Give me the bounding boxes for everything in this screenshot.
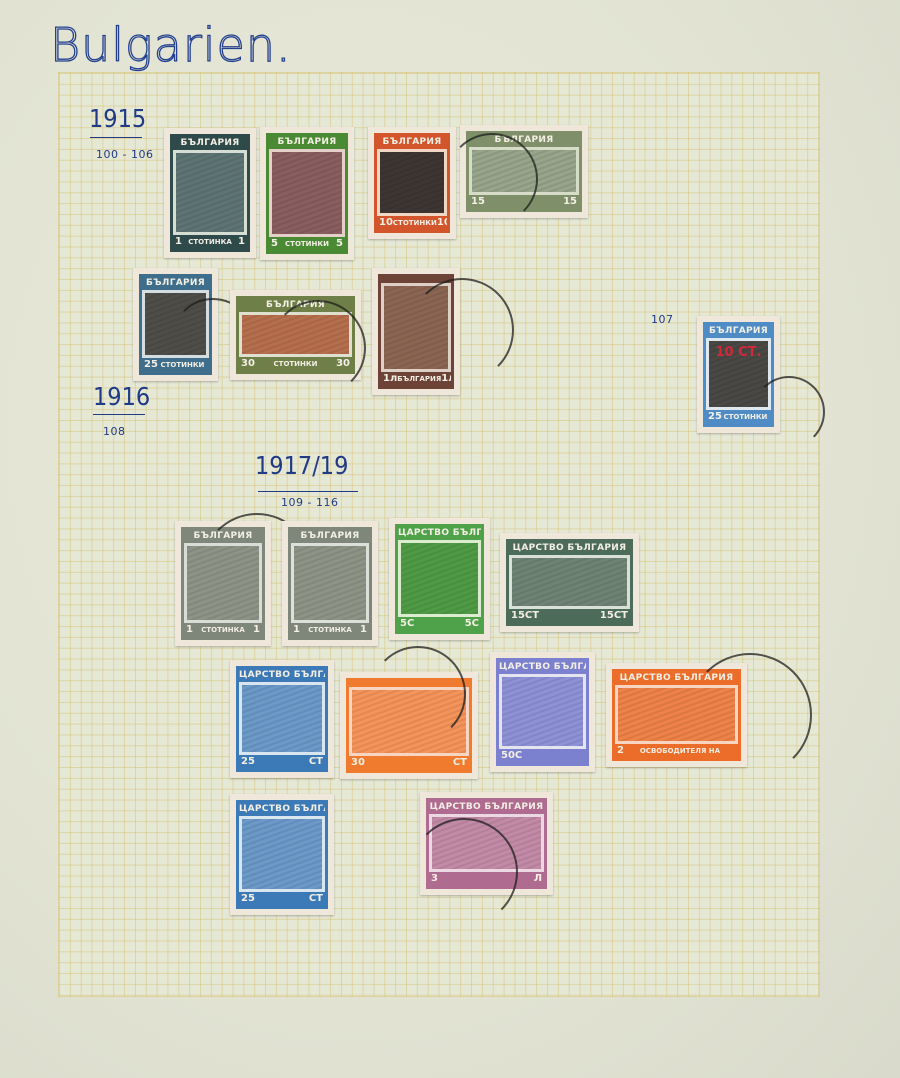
- stamp-design: БЪЛГАРИЯ25СТОТИНКИ: [139, 274, 212, 375]
- stamp-denomination: 30: [351, 756, 365, 770]
- stamp-design: 1лБЪЛГАРИЯ1л: [378, 274, 454, 389]
- stamp-value-bar: 1СТОТИНКА1: [184, 623, 262, 637]
- stamp-value-bar: 30СТОТИНКИ30: [239, 357, 352, 371]
- stamp-design: БЪЛГАРИЯ30СТОТИНКИ30: [236, 296, 355, 374]
- stamp-value-bar: 25СТ: [239, 755, 325, 769]
- stamp-design: ЦАРСТВО БЪЛГАРИЯ2ОСВОБОДИТЕЛЯ НА: [612, 669, 741, 761]
- stamp-denomination: 15: [471, 195, 485, 209]
- stamp-denomination: 15СТ: [600, 609, 628, 623]
- stamp-denomination: 15СТ: [511, 609, 539, 623]
- stamp-design: ЦАРСТВО БЪЛГАРИЯ50С: [496, 658, 589, 766]
- stamp-currency-label: СТОТИНКИ: [393, 216, 437, 230]
- stamp: БЪЛГАРИЯ25СТОТИНКИ10 СТ.: [697, 316, 780, 433]
- stamp-currency-label: СТОТИНКА: [308, 623, 352, 637]
- stamp-country-label: БЪЛГАРИЯ: [173, 137, 247, 150]
- stamp-denomination: СТ: [309, 892, 323, 906]
- stamp-country-label: ЦАРСТВО БЪЛГАРИЯ: [615, 672, 738, 685]
- stamp-denomination: 30: [241, 357, 255, 371]
- year-label-1916: 1916: [93, 382, 150, 411]
- stamp-design: ЦАРСТВО БЪЛГАРИЯ25СТ: [236, 800, 328, 909]
- stamp: ЦАРСТВО БЪЛГАРИЯ25СТ: [230, 660, 334, 778]
- stamp-surcharge-overprint: 10 СТ.: [706, 345, 771, 360]
- stamp-vignette: [618, 688, 735, 741]
- stamp: БЪЛГАРИЯ1СТОТИНКА1: [164, 128, 256, 258]
- stamp-vignette: [187, 546, 259, 620]
- catalog-range-1917-19: 109 - 116: [281, 496, 338, 509]
- stamp: БЪЛГАРИЯ1515: [460, 125, 588, 218]
- stamp-denomination: Л: [534, 872, 542, 886]
- stamp-country-label: [349, 681, 469, 687]
- stamp-country-label: БЪЛГАРИЯ: [142, 277, 209, 290]
- stamp-denomination: СТ: [309, 755, 323, 769]
- stamp-denomination: 50С: [501, 749, 522, 763]
- stamp-vignette: [472, 150, 576, 192]
- stamp-vignette: [294, 546, 366, 620]
- stamp-denomination: 5С: [465, 617, 479, 631]
- stamp-vignette: [352, 690, 466, 753]
- year-label-1917-19: 1917/19: [255, 451, 348, 480]
- stamp-value-bar: 30СТ: [349, 756, 469, 770]
- stamp-value-bar: 25СТ: [239, 892, 325, 906]
- stamp-denomination: 3: [431, 872, 438, 886]
- stamp: БЪЛГАРИЯ30СТОТИНКИ30: [230, 290, 361, 380]
- year-label-1915: 1915: [89, 104, 146, 133]
- stamp-denomination: 1: [293, 623, 300, 637]
- stamp-vignette: [145, 293, 206, 355]
- stamp-vignette: [272, 152, 342, 234]
- stamp-denomination: 2: [617, 744, 624, 758]
- stamp: БЪЛГАРИЯ5СТОТИНКИ5: [260, 127, 354, 260]
- stamp-country-label: БЪЛГАРИЯ: [377, 136, 447, 149]
- stamp-vignette: [242, 315, 349, 354]
- stamp-currency-label: СТОТИНКИ: [723, 410, 767, 424]
- stamp-country-label: ЦАРСТВО БЪЛГАРИЯ: [499, 661, 586, 674]
- stamp: ЦАРСТВО БЪЛГАРИЯ5С5С: [389, 518, 490, 640]
- stamp-denomination: 1л: [383, 372, 397, 386]
- stamp-denomination: 5: [271, 237, 278, 251]
- stamp-design: БЪЛГАРИЯ1СТОТИНКА1: [181, 527, 265, 640]
- stamp-value-bar: 1лБЪЛГАРИЯ1л: [381, 372, 451, 386]
- stamp: ЦАРСТВО БЪЛГАРИЯ2ОСВОБОДИТЕЛЯ НА: [606, 663, 747, 767]
- stamp-design: 30СТ: [346, 678, 472, 773]
- album-page: Bulgarien. 1915 100 - 106 1916 108 1917/…: [0, 0, 900, 1078]
- stamp-denomination: 1: [186, 623, 193, 637]
- stamp-denomination: 1: [253, 623, 260, 637]
- year-underline: [258, 491, 358, 492]
- stamp-currency-label: СТОТИНКИ: [274, 357, 318, 371]
- stamp-denomination: 5С: [400, 617, 414, 631]
- stamp-denomination: 30: [336, 357, 350, 371]
- stamp-vignette: [401, 543, 478, 614]
- year-underline: [90, 137, 142, 138]
- catalog-range-1916: 108: [103, 425, 126, 438]
- stamp-denomination: 25: [708, 410, 722, 424]
- stamp-country-label: ЦАРСТВО БЪЛГАРИЯ: [429, 801, 544, 814]
- stamp-denomination: 1: [175, 235, 182, 249]
- stamp-denomination: 25: [241, 755, 255, 769]
- stamp-value-bar: 50С: [499, 749, 586, 763]
- stamp-value-bar: 25СТОТИНКИ: [142, 358, 209, 372]
- stamp: ЦАРСТВО БЪЛГАРИЯ25СТ: [230, 794, 334, 915]
- stamp-design: БЪЛГАРИЯ1СТОТИНКА1: [170, 134, 250, 252]
- stamp: 1лБЪЛГАРИЯ1л: [372, 268, 460, 395]
- stamp: БЪЛГАРИЯ1СТОТИНКА1: [175, 521, 271, 646]
- stamp-vignette: [242, 685, 322, 752]
- stamp-value-bar: 10СТОТИНКИ10: [377, 216, 447, 230]
- stamp-vignette: [384, 286, 448, 369]
- stamp: ЦАРСТВО БЪЛГАРИЯ15СТ15СТ: [500, 533, 639, 632]
- stamp-country-label: БЪЛГАРИЯ: [184, 530, 262, 543]
- stamp-denomination: 10: [379, 216, 393, 230]
- year-underline: [93, 414, 145, 415]
- stamp-denomination: 15: [563, 195, 577, 209]
- stamp-denomination: 1: [360, 623, 367, 637]
- stamp: БЪЛГАРИЯ10СТОТИНКИ10: [368, 127, 456, 239]
- stamp-country-label: БЪЛГАРИЯ: [291, 530, 369, 543]
- stamp-vignette: [512, 558, 627, 606]
- stamp-design: БЪЛГАРИЯ1СТОТИНКА1: [288, 527, 372, 640]
- stamp: БЪЛГАРИЯ25СТОТИНКИ: [133, 268, 218, 381]
- stamp-vignette: [380, 152, 444, 213]
- stamp-country-label: БЪЛГАРИЯ: [469, 134, 579, 147]
- stamp-denomination: 1: [238, 235, 245, 249]
- stamp-denomination: СТ: [453, 756, 467, 770]
- stamp-denomination: 1л: [441, 372, 451, 386]
- stamp-country-label: БЪЛГАРИЯ: [269, 136, 345, 149]
- stamp-design: ЦАРСТВО БЪЛГАРИЯ25СТ: [236, 666, 328, 772]
- stamp-country-label: ЦАРСТВО БЪЛГАРИЯ: [239, 803, 325, 816]
- stamp-currency-label: ОСВОБОДИТЕЛЯ НА: [640, 744, 720, 758]
- stamp-denomination: 25: [241, 892, 255, 906]
- stamp-vignette: [502, 677, 583, 746]
- stamp-value-bar: 25СТОТИНКИ: [706, 410, 771, 424]
- stamp-country-label: ЦАРСТВО БЪЛГАРИЯ: [509, 542, 630, 555]
- stamp-design: ЦАРСТВО БЪЛГАРИЯ3Л: [426, 798, 547, 889]
- stamp-currency-label: СТОТИНКА: [201, 623, 245, 637]
- stamp-vignette: [176, 153, 244, 232]
- stamp-design: ЦАРСТВО БЪЛГАРИЯ5С5С: [395, 524, 484, 634]
- stamp-design: БЪЛГАРИЯ1515: [466, 131, 582, 212]
- stamp: ЦАРСТВО БЪЛГАРИЯ50С: [490, 652, 595, 772]
- stamp-denomination: 25: [144, 358, 158, 372]
- page-title: Bulgarien.: [50, 18, 292, 72]
- stamp-value-bar: 5СТОТИНКИ5: [269, 237, 345, 251]
- stamp-design: БЪЛГАРИЯ25СТОТИНКИ10 СТ.: [703, 322, 774, 427]
- stamp-value-bar: 1СТОТИНКА1: [173, 235, 247, 249]
- stamp-value-bar: 2ОСВОБОДИТЕЛЯ НА: [615, 744, 738, 758]
- stamp-country-label: БЪЛГАРИЯ: [239, 299, 352, 312]
- stamp-currency-label: СТОТИНКА: [188, 235, 232, 249]
- stamp-value-bar: 15СТ15СТ: [509, 609, 630, 623]
- stamp-currency-label: БЪЛГАРИЯ: [397, 372, 441, 386]
- catalog-number-107: 107: [651, 313, 674, 326]
- stamp-design: БЪЛГАРИЯ5СТОТИНКИ5: [266, 133, 348, 254]
- stamp-currency-label: СТОТИНКИ: [160, 358, 204, 372]
- stamp-country-label: ЦАРСТВО БЪЛГАРИЯ: [239, 669, 325, 682]
- stamp-value-bar: 1515: [469, 195, 579, 209]
- catalog-range-1915: 100 - 106: [96, 148, 153, 161]
- stamp-value-bar: 5С5С: [398, 617, 481, 631]
- stamp-value-bar: 3Л: [429, 872, 544, 886]
- stamp: ЦАРСТВО БЪЛГАРИЯ3Л: [420, 792, 553, 895]
- stamp-country-label: БЪЛГАРИЯ: [706, 325, 771, 338]
- stamp-design: БЪЛГАРИЯ10СТОТИНКИ10: [374, 133, 450, 233]
- stamp-denomination: 5: [336, 237, 343, 251]
- stamp-vignette: [432, 817, 541, 869]
- stamp-currency-label: СТОТИНКИ: [285, 237, 329, 251]
- stamp-country-label: [381, 277, 451, 283]
- stamp: БЪЛГАРИЯ1СТОТИНКА1: [282, 521, 378, 646]
- stamp-design: ЦАРСТВО БЪЛГАРИЯ15СТ15СТ: [506, 539, 633, 626]
- stamp: 30СТ: [340, 672, 478, 779]
- stamp-vignette: [242, 819, 322, 889]
- stamp-country-label: ЦАРСТВО БЪЛГАРИЯ: [398, 527, 481, 540]
- stamp-denomination: 10: [437, 216, 447, 230]
- stamp-value-bar: 1СТОТИНКА1: [291, 623, 369, 637]
